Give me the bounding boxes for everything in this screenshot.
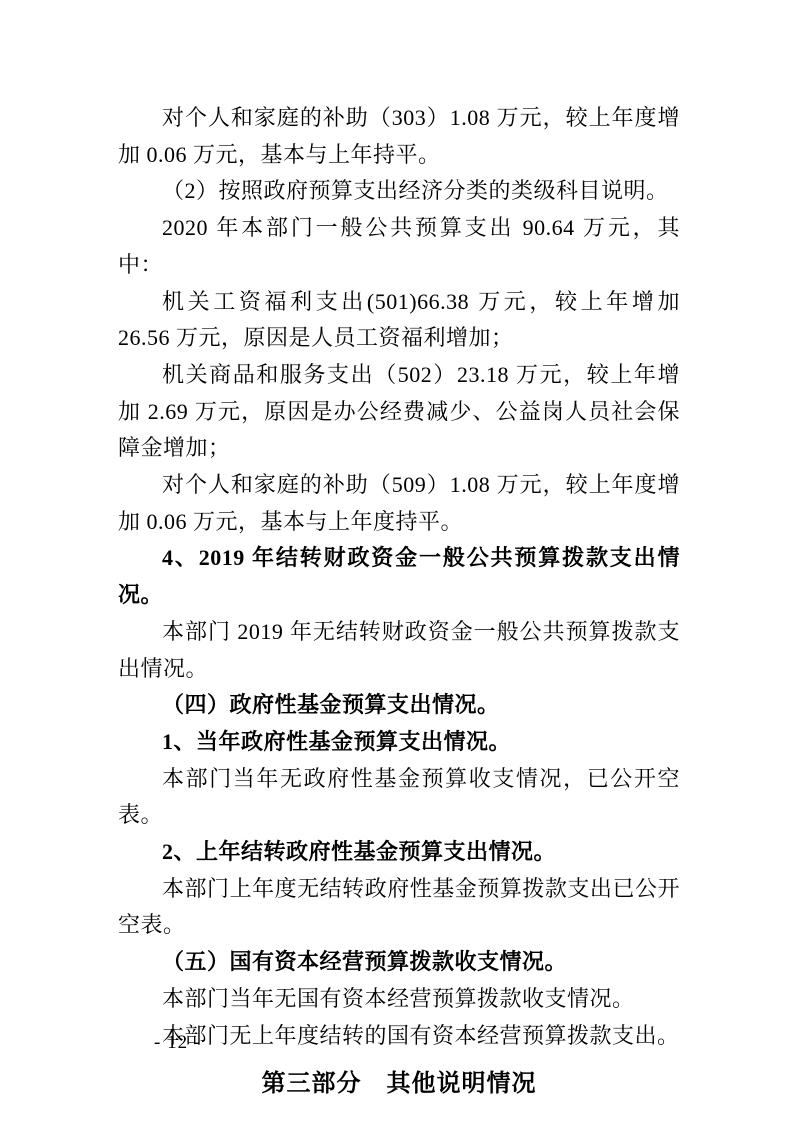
body-paragraph: （2）按照政府预算支出经济分类的类级科目说明。 [118, 173, 680, 210]
document-page: 对个人和家庭的补助（303）1.08 万元，较上年度增加 0.06 万元，基本与… [0, 0, 793, 1122]
page-number: - 12 - [154, 1031, 201, 1055]
body-paragraph: 本部门 2019 年无结转财政资金一般公共预算拨款支出情况。 [118, 614, 680, 687]
body-paragraph: 2020 年本部门一般公共预算支出 90.64 万元，其中： [118, 210, 680, 283]
body-paragraph: 本部门无上年度结转的国有资本经营预算拨款支出。 [118, 1018, 680, 1055]
body-paragraph: 对个人和家庭的补助（303）1.08 万元，较上年度增加 0.06 万元，基本与… [118, 100, 680, 173]
document-content: 对个人和家庭的补助（303）1.08 万元，较上年度增加 0.06 万元，基本与… [118, 100, 680, 1104]
body-paragraph: 本部门上年度无结转政府性基金预算拨款支出已公开空表。 [118, 871, 680, 944]
body-paragraph: 机关工资福利支出(501)66.38 万元，较上年增加 26.56 万元，原因是… [118, 284, 680, 357]
heading-paragraph: （四）政府性基金预算支出情况。 [118, 687, 680, 724]
heading-paragraph: 1、当年政府性基金预算支出情况。 [118, 724, 680, 761]
heading-paragraph: （五）国有资本经营预算拨款收支情况。 [118, 944, 680, 981]
body-paragraph: 机关商品和服务支出（502）23.18 万元，较上年增加 2.69 万元，原因是… [118, 357, 680, 467]
heading-paragraph: 4、2019 年结转财政资金一般公共预算拨款支出情况。 [118, 540, 680, 613]
document-body: 对个人和家庭的补助（303）1.08 万元，较上年度增加 0.06 万元，基本与… [118, 100, 680, 1054]
section-title: 第三部分 其他说明情况 [118, 1064, 680, 1104]
body-paragraph: 本部门当年无国有资本经营预算拨款收支情况。 [118, 981, 680, 1018]
body-paragraph: 本部门当年无政府性基金预算收支情况，已公开空表。 [118, 761, 680, 834]
heading-paragraph: 2、上年结转政府性基金预算支出情况。 [118, 834, 680, 871]
body-paragraph: 对个人和家庭的补助（509）1.08 万元，较上年度增加 0.06 万元，基本与… [118, 467, 680, 540]
